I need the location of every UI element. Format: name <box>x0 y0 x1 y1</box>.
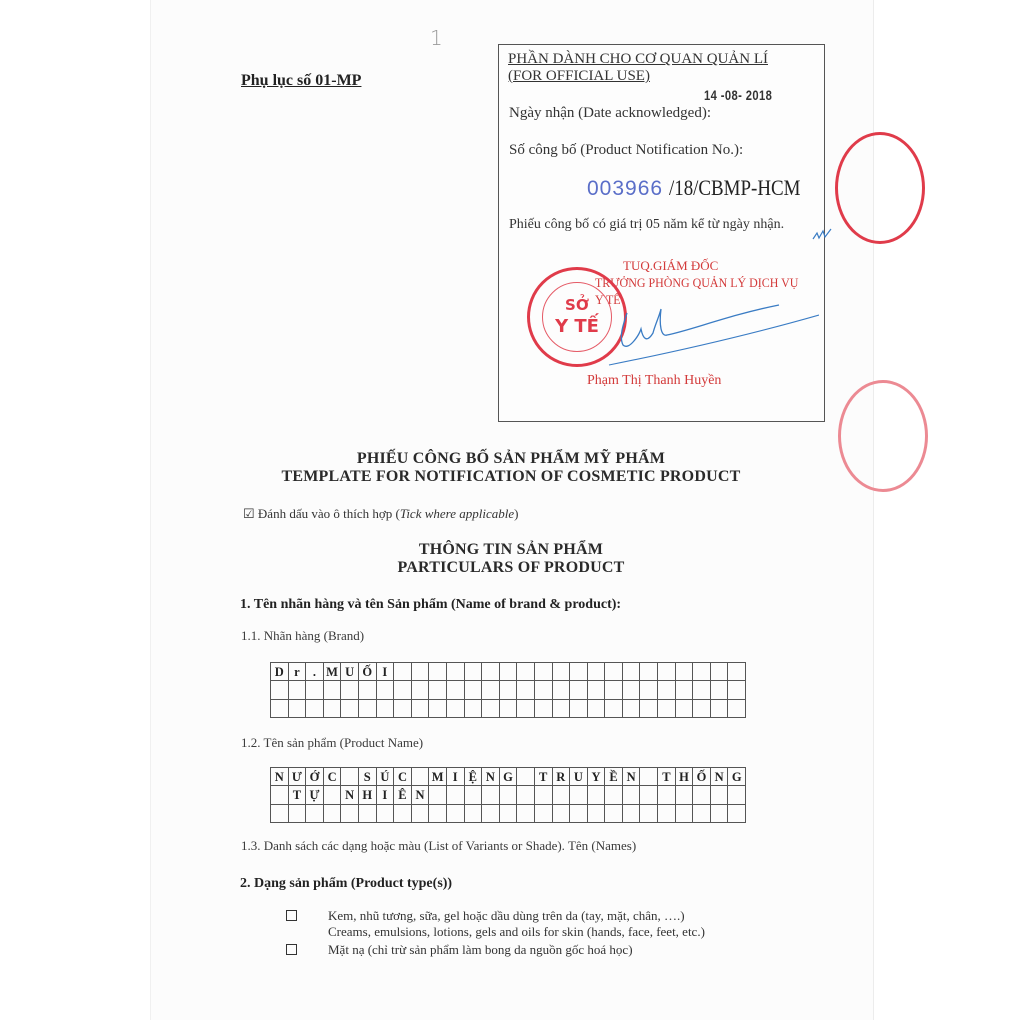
brand-grid-cell: U <box>341 663 359 681</box>
product-grid-cell <box>323 804 341 822</box>
brand-grid-cell <box>534 699 552 717</box>
official-use-box: PHẦN DÀNH CHO CƠ QUAN QUẢN LÍ (FOR OFFIC… <box>498 44 825 422</box>
product-grid-cell: Ê <box>394 786 412 804</box>
notification-number-suffix: /18/CBMP-HCM <box>669 175 800 201</box>
brand-grid-cell <box>341 699 359 717</box>
brand-grid-cell <box>570 681 588 699</box>
brand-grid-cell <box>675 699 693 717</box>
product-grid-cell <box>482 804 500 822</box>
product-grid-cell: H <box>675 768 693 786</box>
product-grid-cell <box>376 804 394 822</box>
brand-grid-cell <box>358 681 376 699</box>
product-grid-row <box>271 804 746 822</box>
product-grid-cell: Ú <box>376 768 394 786</box>
brand-grid-cell <box>587 681 605 699</box>
product-grid-cell <box>446 804 464 822</box>
form-title-vi: PHIẾU CÔNG BỐ SẢN PHẨM MỸ PHẨM <box>150 450 872 468</box>
product-grid-cell <box>710 804 728 822</box>
notification-number: 003966 /18/CBMP-HCM <box>587 175 821 201</box>
variants-label: 1.3. Danh sách các dạng hoặc màu (List o… <box>241 838 636 854</box>
product-grid-cell <box>517 786 535 804</box>
product-grid-cell <box>323 786 341 804</box>
product-grid-cell <box>570 804 588 822</box>
product-grid-cell <box>271 786 289 804</box>
product-grid-cell <box>411 804 429 822</box>
product-grid-cell: N <box>341 786 359 804</box>
product-grid-cell: C <box>323 768 341 786</box>
brand-grid-cell <box>499 663 517 681</box>
checked-box-icon: ☑ <box>243 506 255 521</box>
brand-grid-cell <box>534 681 552 699</box>
brand-grid-cell <box>376 681 394 699</box>
product-grid-cell: Ố <box>693 768 711 786</box>
brand-grid-cell <box>658 681 676 699</box>
product-grid-cell <box>446 786 464 804</box>
product-grid-cell <box>394 804 412 822</box>
brand-grid-cell <box>710 681 728 699</box>
brand-grid-cell <box>605 681 623 699</box>
brand-grid-cell <box>482 699 500 717</box>
brand-grid-cell <box>411 681 429 699</box>
brand-grid-cell <box>728 699 746 717</box>
product-grid-cell <box>288 804 306 822</box>
brand-grid-cell <box>446 699 464 717</box>
brand-grid-cell <box>587 699 605 717</box>
brand-grid-cell <box>446 681 464 699</box>
brand-grid-cell <box>552 663 570 681</box>
initials-mark-icon <box>811 225 835 245</box>
brand-grid-cell <box>552 699 570 717</box>
product-grid-cell: Ư <box>288 768 306 786</box>
product-type-text-vi: Mặt nạ (chỉ trừ sản phẩm làm bong da ngu… <box>328 942 633 958</box>
product-grid-cell <box>534 804 552 822</box>
brand-grid-cell <box>587 663 605 681</box>
product-grid-cell <box>552 804 570 822</box>
brand-grid-cell <box>728 681 746 699</box>
product-grid-cell: R <box>552 768 570 786</box>
product-grid-cell <box>640 768 658 786</box>
brand-grid-cell <box>499 681 517 699</box>
brand-grid-cell <box>570 699 588 717</box>
product-grid-cell <box>341 804 359 822</box>
side-stamp-top <box>835 132 925 244</box>
brand-grid-cell <box>482 663 500 681</box>
product-grid-cell: T <box>288 786 306 804</box>
brand-grid-cell: I <box>376 663 394 681</box>
brand-grid-cell: Ố <box>358 663 376 681</box>
product-grid-cell: N <box>622 768 640 786</box>
product-grid-cell <box>693 786 711 804</box>
brand-grid-cell <box>429 681 447 699</box>
official-use-title: PHẦN DÀNH CHO CƠ QUAN QUẢN LÍ (FOR OFFIC… <box>508 51 768 85</box>
brand-grid-cell <box>605 663 623 681</box>
brand-grid-cell <box>446 663 464 681</box>
brand-grid-cell <box>570 663 588 681</box>
product-type-checkbox[interactable] <box>286 910 297 921</box>
brand-grid-cell <box>271 681 289 699</box>
brand-grid-cell <box>605 699 623 717</box>
product-grid-cell <box>587 786 605 804</box>
brand-grid-cell <box>394 681 412 699</box>
signatory-title-line1: TUQ.GIÁM ĐỐC <box>595 257 824 274</box>
product-grid-cell: N <box>271 768 289 786</box>
brand-grid-cell <box>693 681 711 699</box>
official-title-en: (FOR OFFICIAL USE) <box>508 68 768 85</box>
brand-grid-cell <box>693 663 711 681</box>
product-grid-cell <box>499 804 517 822</box>
product-type-text: Kem, nhũ tương, sữa, gel hoặc dầu dùng t… <box>328 908 705 940</box>
product-grid-cell <box>482 786 500 804</box>
product-grid-cell: T <box>658 768 676 786</box>
brand-grid-cell <box>728 663 746 681</box>
product-grid-cell <box>622 804 640 822</box>
brand-grid-cell <box>622 681 640 699</box>
product-grid-cell: S <box>358 768 376 786</box>
brand-grid-cell <box>464 663 482 681</box>
product-grid-cell: N <box>710 768 728 786</box>
brand-grid-cell: . <box>306 663 324 681</box>
product-grid-cell <box>728 804 746 822</box>
tick-note-en: Tick where applicable <box>400 506 514 521</box>
brand-grid-row: Dr.MUỐI <box>271 663 746 681</box>
tick-note-vi: Đánh dấu vào ô thích hợp ( <box>258 506 400 521</box>
product-type-text-vi: Kem, nhũ tương, sữa, gel hoặc dầu dùng t… <box>328 908 705 924</box>
brand-grid-cell <box>622 663 640 681</box>
product-grid-cell <box>605 786 623 804</box>
product-grid-row: TỰNHIÊN <box>271 786 746 804</box>
product-grid-cell: Ề <box>605 768 623 786</box>
date-stamp: 14 -08- 2018 <box>704 87 772 103</box>
product-grid-cell: G <box>499 768 517 786</box>
signature-icon <box>589 295 819 385</box>
product-grid-cell: Ệ <box>464 768 482 786</box>
product-grid-cell <box>658 804 676 822</box>
product-grid-cell <box>429 786 447 804</box>
product-name-label: 1.2. Tên sản phẩm (Product Name) <box>241 735 423 751</box>
brand-grid-cell <box>411 663 429 681</box>
product-grid-cell: T <box>534 768 552 786</box>
product-grid-row: NƯỚCSÚCMIỆNGTRUYỀNTHỐNG <box>271 768 746 786</box>
brand-grid-cell <box>464 681 482 699</box>
product-grid-cell <box>499 786 517 804</box>
brand-grid-cell <box>517 663 535 681</box>
product-grid-cell <box>517 768 535 786</box>
signatory-name: Phạm Thị Thanh Huyền <box>587 373 721 389</box>
brand-grid-cell <box>622 699 640 717</box>
product-grid-cell: M <box>429 768 447 786</box>
brand-grid-cell <box>675 681 693 699</box>
handwritten-page-number: 1 <box>430 26 443 50</box>
brand-grid-cell <box>640 663 658 681</box>
tick-note-close: ) <box>514 506 518 521</box>
section1-title: 1. Tên nhãn hàng và tên Sản phẩm (Name o… <box>240 597 621 613</box>
brand-grid-cell <box>394 699 412 717</box>
official-title-vi: PHẦN DÀNH CHO CƠ QUAN QUẢN LÍ <box>508 51 768 68</box>
brand-grid-cell <box>640 699 658 717</box>
notification-number-label: Số công bố (Product Notification No.): <box>509 142 743 159</box>
product-grid-cell: G <box>728 768 746 786</box>
brand-grid-cell <box>394 663 412 681</box>
product-grid-cell <box>570 786 588 804</box>
product-grid-cell: Y <box>587 768 605 786</box>
brand-grid-cell <box>499 699 517 717</box>
product-grid-cell <box>605 804 623 822</box>
brand-grid-cell <box>464 699 482 717</box>
validity-note: Phiếu công bố có giá trị 05 năm kể từ ng… <box>509 217 784 233</box>
product-type-text: Mặt nạ (chỉ trừ sản phẩm làm bong da ngu… <box>328 942 633 958</box>
tick-note: ☑ Đánh dấu vào ô thích hợp (Tick where a… <box>243 506 518 522</box>
brand-grid-cell <box>710 663 728 681</box>
product-grid-cell <box>552 786 570 804</box>
product-grid-cell: I <box>446 768 464 786</box>
brand-grid-cell <box>288 699 306 717</box>
product-grid-cell <box>693 804 711 822</box>
product-grid-cell <box>640 804 658 822</box>
brand-grid-cell <box>640 681 658 699</box>
product-grid-cell <box>728 786 746 804</box>
brand-grid-row <box>271 699 746 717</box>
product-name-grid: NƯỚCSÚCMIỆNGTRUYỀNTHỐNGTỰNHIÊN <box>270 767 746 823</box>
brand-label: 1.1. Nhãn hàng (Brand) <box>241 628 364 644</box>
product-grid-cell <box>534 786 552 804</box>
brand-grid-cell <box>675 663 693 681</box>
product-grid-cell: U <box>570 768 588 786</box>
product-grid-cell <box>411 768 429 786</box>
brand-grid-cell <box>306 699 324 717</box>
product-grid-cell: Ự <box>306 786 324 804</box>
brand-grid-cell <box>658 663 676 681</box>
product-grid-cell <box>622 786 640 804</box>
brand-grid-row <box>271 681 746 699</box>
brand-grid-cell: D <box>271 663 289 681</box>
brand-grid-cell: r <box>288 663 306 681</box>
brand-grid-cell <box>482 681 500 699</box>
product-grid-cell <box>271 804 289 822</box>
brand-grid-cell <box>693 699 711 717</box>
product-grid-cell <box>517 804 535 822</box>
product-grid-cell <box>658 786 676 804</box>
brand-grid-cell <box>429 699 447 717</box>
section2-title: 2. Dạng sản phẩm (Product type(s)) <box>240 876 452 892</box>
product-grid-cell: N <box>411 786 429 804</box>
product-grid-cell: Ớ <box>306 768 324 786</box>
brand-grid-cell <box>358 699 376 717</box>
brand-grid-cell <box>271 699 289 717</box>
date-acknowledged-label: Ngày nhận (Date acknowledged): <box>509 105 711 122</box>
brand-grid-cell <box>306 681 324 699</box>
brand-grid-cell <box>517 681 535 699</box>
brand-grid-cell <box>658 699 676 717</box>
product-grid-cell <box>640 786 658 804</box>
brand-grid-cell <box>411 699 429 717</box>
product-grid-cell <box>464 786 482 804</box>
product-grid-cell <box>306 804 324 822</box>
product-grid-cell <box>587 804 605 822</box>
brand-grid-cell <box>288 681 306 699</box>
product-grid-cell: N <box>482 768 500 786</box>
brand-grid-cell: M <box>323 663 341 681</box>
product-grid-cell: I <box>376 786 394 804</box>
brand-grid: Dr.MUỐI <box>270 662 746 718</box>
brand-grid-cell <box>429 663 447 681</box>
product-grid-cell: C <box>394 768 412 786</box>
section-title-vi: THÔNG TIN SẢN PHẨM <box>150 541 872 559</box>
section-title-en: PARTICULARS OF PRODUCT <box>150 559 872 577</box>
form-title-en: TEMPLATE FOR NOTIFICATION OF COSMETIC PR… <box>150 468 872 486</box>
brand-grid-cell <box>341 681 359 699</box>
product-grid-cell <box>675 786 693 804</box>
product-grid-cell <box>464 804 482 822</box>
brand-grid-cell <box>323 699 341 717</box>
product-grid-cell <box>429 804 447 822</box>
brand-grid-cell <box>710 699 728 717</box>
product-grid-cell <box>341 768 359 786</box>
product-grid-cell <box>710 786 728 804</box>
brand-grid-cell <box>552 681 570 699</box>
brand-grid-cell <box>376 699 394 717</box>
product-grid-cell: H <box>358 786 376 804</box>
product-type-checkbox[interactable] <box>286 944 297 955</box>
product-grid-cell <box>358 804 376 822</box>
product-grid-cell <box>675 804 693 822</box>
appendix-label: Phụ lục số 01-MP <box>241 72 361 90</box>
brand-grid-cell <box>517 699 535 717</box>
brand-grid-cell <box>323 681 341 699</box>
brand-grid-cell <box>534 663 552 681</box>
product-type-text-en: Creams, emulsions, lotions, gels and oil… <box>328 924 705 940</box>
notification-number-stamp: 003966 <box>587 177 663 200</box>
